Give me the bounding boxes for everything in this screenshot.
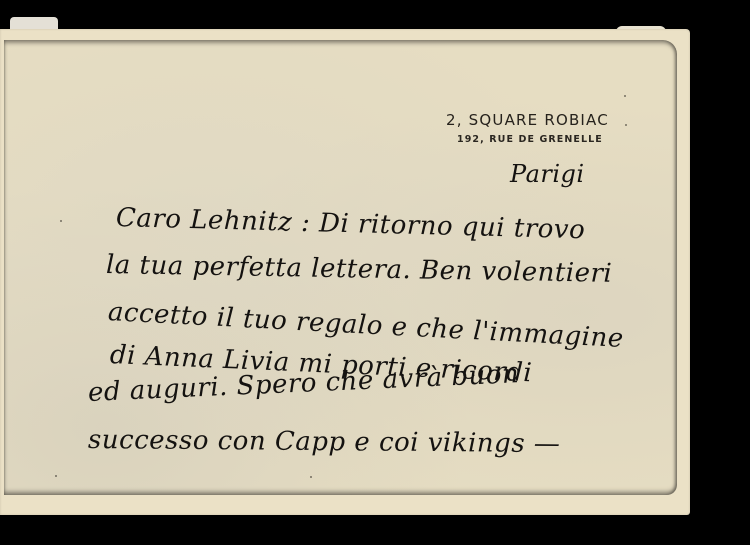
letterhead-address-line2: 192, RUE DE GRENELLE xyxy=(457,134,603,145)
paper-speck xyxy=(624,95,626,97)
paper-speck xyxy=(310,476,312,478)
document-photo: 2, SQUARE ROBIAC 192, RUE DE GRENELLE Pa… xyxy=(0,0,750,545)
paper-speck xyxy=(625,124,627,126)
letterhead-address-line1: 2, SQUARE ROBIAC xyxy=(446,111,609,129)
handwritten-line-6: successo con Capp e coi vikings — xyxy=(88,425,561,459)
paper-speck xyxy=(55,475,57,477)
handwritten-place: Parigi xyxy=(510,160,585,188)
paper-speck xyxy=(60,220,62,222)
